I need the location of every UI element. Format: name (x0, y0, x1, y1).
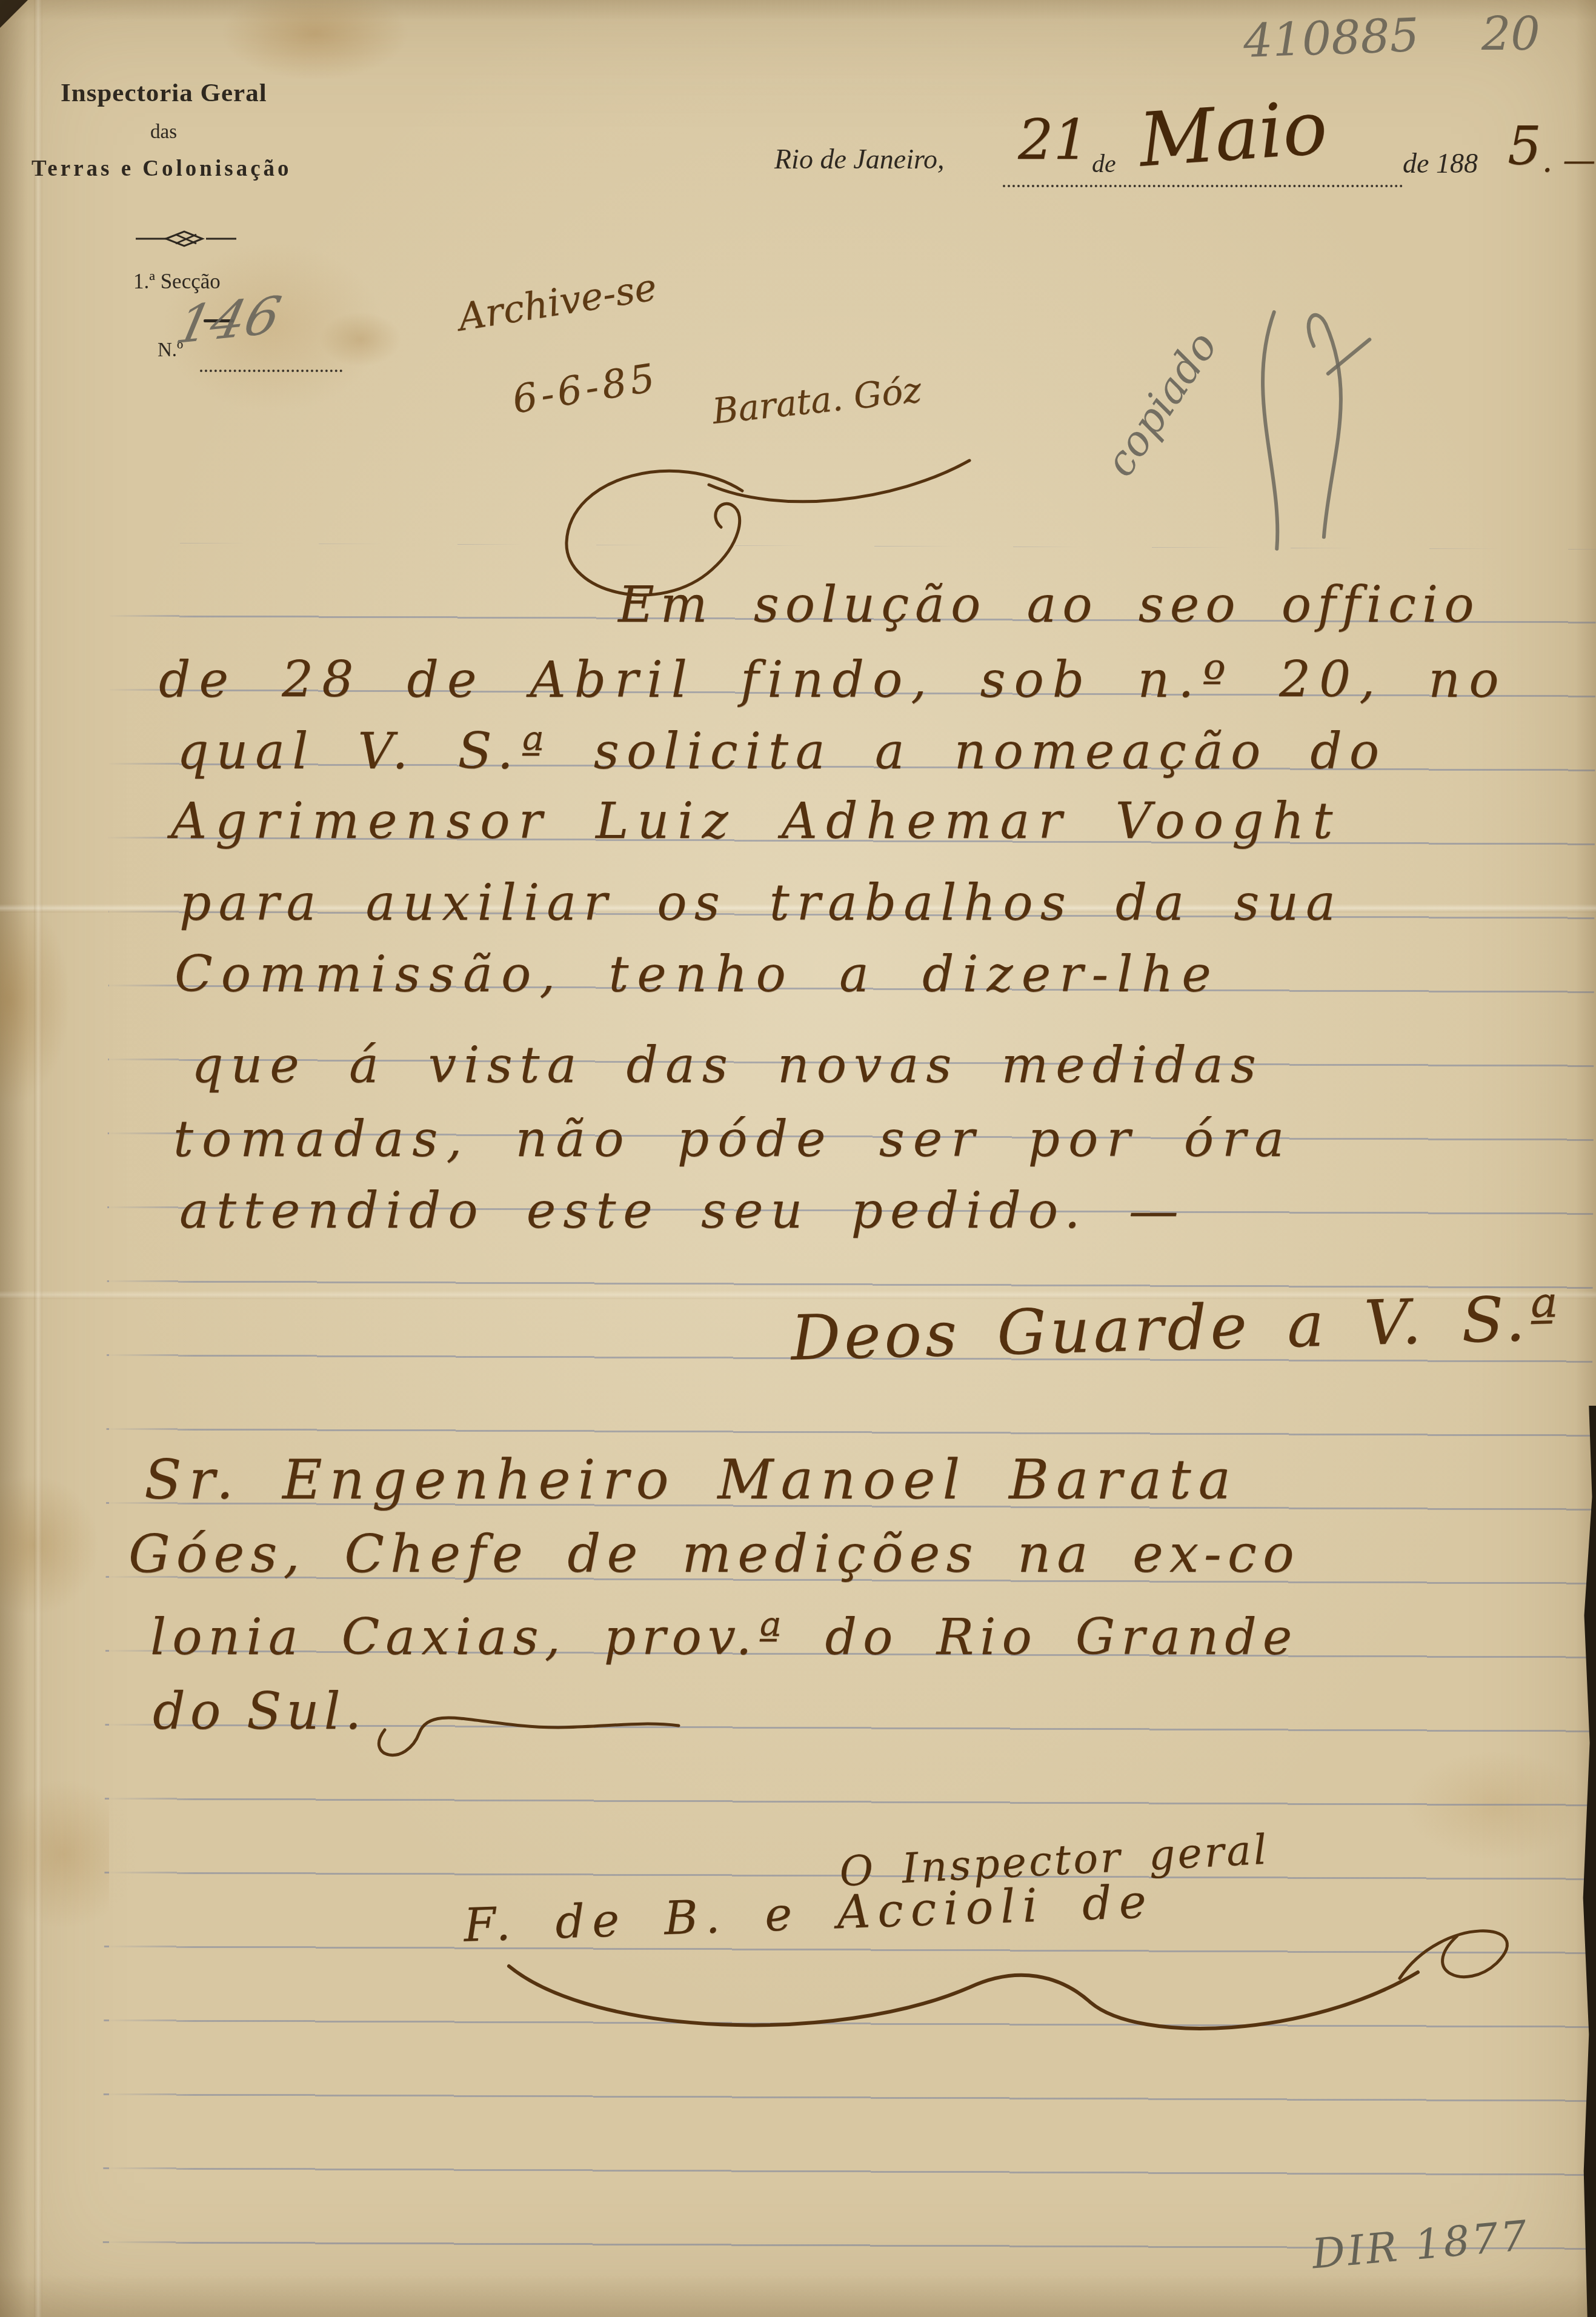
scan-corner-shadow (0, 0, 28, 28)
document-page: Inspectoria Geral das Terras e Colonisaç… (0, 0, 1596, 2317)
body-line: attendido este seu pedido. — (179, 1186, 1186, 1236)
dateline-trailing-dash: . — (1542, 144, 1595, 177)
dateline-year-digit: 5 (1508, 119, 1541, 173)
addressee-line: Sr. Engenheiro Manoel Barata (144, 1453, 1238, 1508)
letterhead-divider-ornament (135, 227, 238, 251)
letterhead-org-line1: Inspectoria Geral (61, 80, 267, 106)
dateline-place: Rio de Janeiro, (774, 145, 945, 173)
archive-signature: Barata. Góz (711, 372, 923, 429)
dateline-day: 21 (1018, 112, 1089, 168)
page-number: 20 (1481, 11, 1540, 57)
addressee-end-flourish (327, 1697, 691, 1763)
vertical-crease (34, 0, 42, 2317)
body-line: tomadas, não póde ser por óra (173, 1115, 1292, 1165)
body-line: Agrimensor Luiz Adhemar Vooght (171, 797, 1341, 846)
archive-instruction: Archive-se (456, 268, 659, 337)
dateline-de2: de 188 (1403, 150, 1478, 178)
number-value-handwritten: 146 (171, 290, 285, 352)
dateline-de1: de (1092, 151, 1116, 177)
pencil-rubric-flourish (1180, 267, 1419, 563)
body-line: qual V. S.ª solicita a nomeação do (177, 727, 1386, 777)
body-line: Commissão, tenho a dizer-lhe (175, 950, 1220, 1000)
dateline-month: Maio (1137, 90, 1329, 177)
letterhead-org-line2: das (150, 122, 177, 142)
body-line: Em solução ao seo officio (618, 580, 1480, 630)
body-line: para auxiliar os trabalhos da sua (179, 879, 1343, 928)
addressee-line: Góes, Chefe de medições na ex-co (128, 1528, 1300, 1580)
body-line: que á vista das novas medidas (191, 1041, 1263, 1091)
letterhead-org-line3: Terras e Colonisação (32, 158, 292, 180)
letterhead-section: 1.ª Secção (133, 271, 221, 292)
archive-date: 6-6-85 (510, 358, 660, 419)
body-line: de 28 de Abril findo, sob n.º 20, no (159, 656, 1508, 705)
addressee-line: lonia Caxias, prov.ª do Rio Grande (150, 1613, 1298, 1663)
signature-flourish (497, 1930, 1563, 2063)
registry-number: 410885 (1243, 12, 1420, 64)
